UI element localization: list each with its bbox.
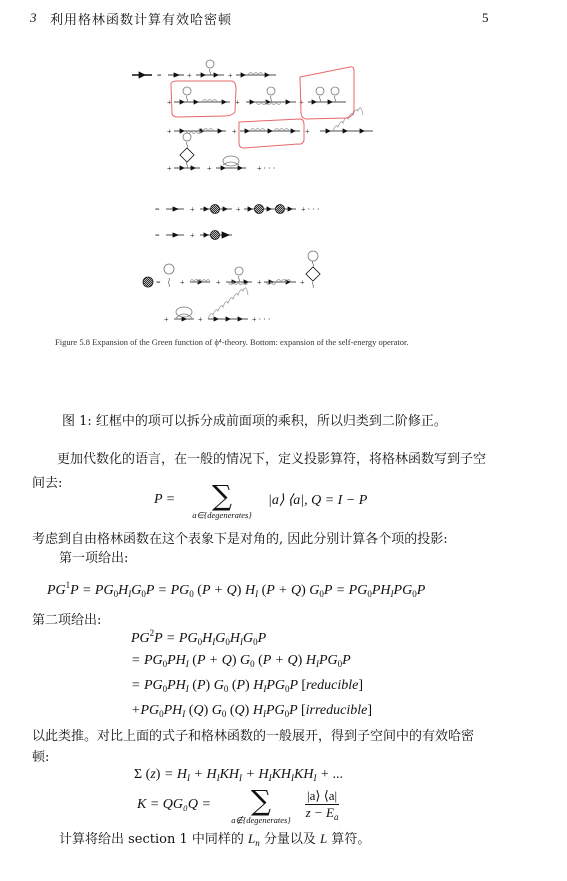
svg-text:+: + xyxy=(232,127,237,136)
section-number: 3 xyxy=(30,10,37,26)
equation-second-order-line-3: = PG0PHI (P) G0 (P) HIPG0P [reducible] xyxy=(131,678,363,694)
equation-self-energy: Σ (z) = HI + HIKHI + HIKHIKHI + ... xyxy=(134,767,343,783)
svg-text:+: + xyxy=(167,164,172,173)
svg-text:+: + xyxy=(164,315,169,324)
paragraph-3-line-2: 顿: xyxy=(32,749,49,767)
svg-text:=: = xyxy=(155,231,160,240)
svg-text:+: + xyxy=(190,205,195,214)
second-term-label: 第二项给出: xyxy=(32,612,101,630)
equation-k-lhs: K = QG₀Q = xyxy=(137,797,211,813)
sum-symbol: ∑ a∈{degenerates} xyxy=(179,482,265,521)
paragraph-3-line-1: 以此类推。对比上面的式子和格林函数的一般展开，得到子空间中的有效哈密 xyxy=(32,728,474,746)
equation-second-order-line-1: PG2P = PG0HIG0HIG0P xyxy=(131,628,266,647)
equation-second-order-line-4: +PG0PHI (Q) G0 (Q) HIPG0P [irreducible] xyxy=(131,703,372,719)
equation-projector-p: P = xyxy=(154,492,175,508)
feynman-diagram-figure: = + + + + + + + + + + xyxy=(128,55,378,330)
fraction-denominator: z − Ea xyxy=(305,805,339,822)
fraction-k: |a⟩ ⟨a| z − Ea xyxy=(305,788,339,822)
svg-text:+ · · ·: + · · · xyxy=(252,315,271,324)
svg-text:+: + xyxy=(198,315,203,324)
svg-text:=: = xyxy=(156,278,161,287)
conclusion: 计算将给出 section 1 中同样的 Ln 分量以及 L 算符。 xyxy=(59,830,370,852)
equation-first-order: PG1P = PG0HIG0P = PG0 (P + Q) HI (P + Q)… xyxy=(47,580,425,599)
svg-text:=: = xyxy=(155,205,160,214)
svg-text:+: + xyxy=(228,71,233,80)
paragraph-1-line-2: 间去: xyxy=(32,475,62,493)
paragraph-1-line-1: 更加代数化的语言，在一般的情况下，定义投影算符，将格林函数写到子空 xyxy=(57,451,486,469)
equation-projector-rhs: |a⟩ ⟨a|, Q = I − P xyxy=(268,492,367,509)
equation-second-order-line-2: = PG0PHI (P + Q) G0 (P + Q) HIPG0P xyxy=(131,653,351,669)
svg-text:+: + xyxy=(299,98,304,107)
svg-text:+: + xyxy=(180,278,185,287)
svg-text:+: + xyxy=(216,278,221,287)
figure-caption: Figure 5.8 Expansion of the Green functi… xyxy=(55,337,475,348)
svg-text:+: + xyxy=(207,164,212,173)
svg-text:+: + xyxy=(305,127,310,136)
first-term-label: 第一项给出: xyxy=(59,550,128,568)
svg-text:+ · · ·: + · · · xyxy=(257,164,276,173)
fraction-numerator: |a⟩ ⟨a| xyxy=(305,788,339,805)
svg-text:+: + xyxy=(236,205,241,214)
svg-text:+: + xyxy=(187,71,192,80)
svg-text:+: + xyxy=(190,231,195,240)
svg-text:+: + xyxy=(300,278,305,287)
page-number: 5 xyxy=(482,10,489,26)
svg-text:+: + xyxy=(167,127,172,136)
svg-text:+: + xyxy=(257,278,262,287)
sum-symbol-k: ∑ a∉{degenerates} xyxy=(218,787,304,826)
paragraph-2: 考虑到自由格林函数在这个表象下是对角的, 因此分别计算各个项的投影: xyxy=(32,531,448,549)
svg-text:+ · · ·: + · · · xyxy=(301,205,320,214)
red-highlight-boxes xyxy=(171,67,354,148)
svg-text:=: = xyxy=(157,71,162,80)
section-title: 利用格林函数计算有效哈密顿 xyxy=(50,9,232,28)
figure-note: 图 1: 红框中的项可以拆分成前面项的乘积，所以归类到二阶修正。 xyxy=(62,413,447,431)
